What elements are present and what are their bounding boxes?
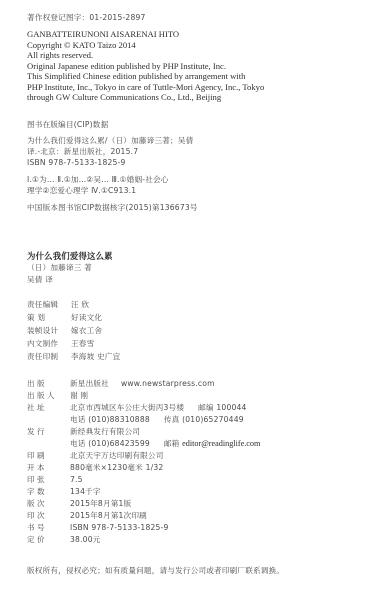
info-row-distributor-contact: 电话 (010)68423599邮箱 editor@readinglife.co… xyxy=(70,439,260,449)
copyright-registration: 著作权登记图字：01-2015-2897 xyxy=(27,13,146,23)
cip-line: 为什么我们爱得这么累/（日）加藤谛三著；吴倩 xyxy=(27,136,193,146)
license-line: PHP Institute, Inc., Tokyo in care of Tu… xyxy=(27,82,264,92)
credit-row: 内文制作王春雪 xyxy=(27,339,94,349)
cip-classification: 理学②恋爱心理学 Ⅳ.①C913.1 xyxy=(27,186,136,196)
cip-classification: Ⅰ.①为… Ⅱ.①加…②吴… Ⅲ.①婚姻-社会心 xyxy=(27,175,169,185)
rights-reserved: All rights reserved. xyxy=(27,50,93,60)
cip-line: 译.-北京：新星出版社，2015.7 xyxy=(27,147,138,157)
info-row-isbn: 书 号ISBN 978-7-5133-1825-9 xyxy=(27,523,169,533)
credit-label: 装帧设计 xyxy=(27,326,71,336)
info-row-address: 社 址北京市西城区车公庄大街丙3号楼邮编 100044 xyxy=(27,403,247,413)
original-title: GANBATTEIRUNONI AISARENAI HITO xyxy=(27,29,179,39)
publisher-website: www.newstarpress.com xyxy=(121,379,215,388)
cip-isbn: ISBN 978-7-5133-1825-9 xyxy=(27,158,126,168)
info-row-printing: 印 次2015年8月第1次印刷 xyxy=(27,511,147,521)
book-title: 为什么我们爱得这么累 xyxy=(27,251,113,261)
copyright-page: 著作权登记图字：01-2015-2897 GANBATTEIRUNONI AIS… xyxy=(0,0,375,607)
info-row-address-phone: 电话 (010)88310888传真 (010)65270449 xyxy=(70,415,244,425)
info-row-format: 开 本880毫米×1230毫米 1/32 xyxy=(27,463,163,473)
rights-notice: 版权所有，侵权必究；如有质量问题，请与发行公司或者印刷厂联系调换。 xyxy=(27,566,284,576)
info-row-sheets: 印 张7.5 xyxy=(27,475,83,485)
license-line: through GW Culture Communications Co., L… xyxy=(27,92,221,102)
info-row-publisher: 出 版新星出版社www.newstarpress.com xyxy=(27,379,215,389)
credit-value: 王春雪 xyxy=(71,339,94,348)
credit-label: 策 划 xyxy=(27,313,71,323)
book-translator: 吴倩 译 xyxy=(27,275,53,285)
info-row-price: 定 价38.00元 xyxy=(27,535,101,545)
credit-label: 责任编辑 xyxy=(27,300,71,310)
cip-heading: 图书在版编目(CIP)数据 xyxy=(27,120,108,130)
info-row-word-count: 字 数134千字 xyxy=(27,487,101,497)
info-row-printer: 印 刷北京天宇万达印刷有限公司 xyxy=(27,451,164,461)
credit-value: 李海坡 史广宜 xyxy=(71,352,120,361)
info-row-distributor: 发 行新经典发行有限公司 xyxy=(27,427,140,437)
credit-label: 责任印制 xyxy=(27,352,71,362)
book-author: （日）加藤谛三 著 xyxy=(27,263,92,273)
credit-row: 装帧设计嫁衣工舍 xyxy=(27,326,102,336)
credit-label: 内文制作 xyxy=(27,339,71,349)
info-row-edition: 版 次2015年8月第1版 xyxy=(27,499,131,509)
license-line: Original Japanese edition published by P… xyxy=(27,61,226,71)
credit-value: 好读文化 xyxy=(71,313,102,322)
info-row-publisher-person: 出 版 人谢 刚 xyxy=(27,391,88,401)
credit-row: 策 划好读文化 xyxy=(27,313,102,323)
cip-verification: 中国版本图书馆CIP数据核字(2015)第136673号 xyxy=(27,203,198,213)
credit-value: 汪 欣 xyxy=(71,300,89,309)
credit-value: 嫁衣工舍 xyxy=(71,326,102,335)
distributor-email: editor@readinglife.com xyxy=(182,439,260,448)
credit-row: 责任印制李海坡 史广宜 xyxy=(27,352,120,362)
license-line: This Simplified Chinese edition publishe… xyxy=(27,71,245,81)
copyright-line: Copyright © KATO Taizo 2014 xyxy=(27,40,136,50)
credit-row: 责任编辑汪 欣 xyxy=(27,300,89,310)
